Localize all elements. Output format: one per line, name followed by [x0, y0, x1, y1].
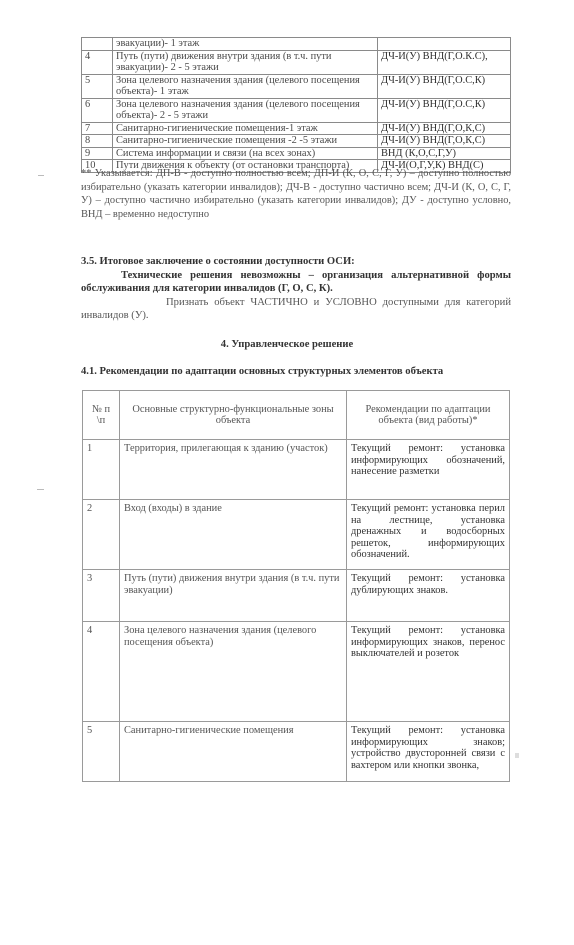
accessibility-status [378, 38, 511, 51]
accessibility-status: ДЧ-И(У) ВНД(Г,О,К,С) [378, 135, 511, 148]
row-number: 6 [82, 98, 113, 122]
accessibility-status-table: эвакуации)- 1 этаж4Путь (пути) движения … [81, 37, 511, 173]
scan-mark [37, 489, 44, 490]
table-row: 4Путь (пути) движения внутри здания (в т… [82, 50, 511, 74]
zone-name: Санитарно-гигиенические помещения -2 -5 … [113, 135, 378, 148]
table-row: 2Вход (входы) в зданиеТекущий ремонт: ус… [83, 500, 510, 570]
scan-mark [38, 175, 44, 176]
accessibility-status: ДЧ-И(У) ВНД(Г,О.С,К) [378, 98, 511, 122]
row-number [82, 38, 113, 51]
accessibility-status: ДЧ-И(У) ВНД(Г,О.К.С), [378, 50, 511, 74]
recommendation-text: Текущий ремонт: установка перил на лестн… [347, 500, 510, 570]
zone-name: Путь (пути) движения внутри здания (в т.… [113, 50, 378, 74]
row-number: 1 [83, 440, 120, 500]
section-4-heading: 4. Управленческое решение [0, 339, 574, 350]
table-row: 1Территория, прилегающая к зданию (участ… [83, 440, 510, 500]
zone-name: Территория, прилегающая к зданию (участо… [120, 440, 347, 500]
header-num: № п \п [83, 391, 120, 440]
zone-name: Зона целевого назначения здания (целевог… [113, 74, 378, 98]
table-header-row: № п \п Основные структурно-функциональны… [83, 391, 510, 440]
scan-mark [515, 753, 519, 758]
zone-name: эвакуации)- 1 этаж [113, 38, 378, 51]
row-number: 9 [82, 147, 113, 160]
zone-name: Зона целевого назначения здания (целевог… [113, 98, 378, 122]
zone-name: Санитарно-гигиенические помещения-1 этаж [113, 122, 378, 135]
accessibility-status: ДЧ-И(У) ВНД(Г,О,К,С) [378, 122, 511, 135]
accessibility-status: ДЧ-И(У) ВНД(Г,О.С,К) [378, 74, 511, 98]
zone-name: Система информации и связи (на всех зона… [113, 147, 378, 160]
footnote: ** Указывается: ДП-В - доступно полность… [81, 167, 511, 221]
header-recommendation: Рекомендации по адаптации объекта (вид р… [347, 391, 510, 440]
row-number: 2 [83, 500, 120, 570]
table-row: 9Система информации и связи (на всех зон… [82, 147, 511, 160]
table-row: 5Зона целевого назначения здания (целево… [82, 74, 511, 98]
recommendation-text: Текущий ремонт: установка информирующих … [347, 440, 510, 500]
table-row: эвакуации)- 1 этаж [82, 38, 511, 51]
zone-name: Зона целевого назначения здания (целевог… [120, 622, 347, 722]
row-number: 5 [83, 722, 120, 782]
row-number: 7 [82, 122, 113, 135]
row-number: 5 [82, 74, 113, 98]
table-row: 7Санитарно-гигиенические помещения-1 эта… [82, 122, 511, 135]
table-row: 8Санитарно-гигиенические помещения -2 -5… [82, 135, 511, 148]
zone-name: Путь (пути) движения внутри здания (в т.… [120, 570, 347, 622]
table-row: 3Путь (пути) движения внутри здания (в т… [83, 570, 510, 622]
recommendation-text: Текущий ремонт: установка информирующих … [347, 722, 510, 782]
zone-name: Вход (входы) в здание [120, 500, 347, 570]
row-number: 4 [83, 622, 120, 722]
header-zone: Основные структурно-функциональные зоны … [120, 391, 347, 440]
recommendation-text: Текущий ремонт: установка информирующих … [347, 622, 510, 722]
row-number: 3 [83, 570, 120, 622]
table-row: 4Зона целевого назначения здания (целево… [83, 622, 510, 722]
zone-name: Санитарно-гигиенические помещения [120, 722, 347, 782]
table-row: 6Зона целевого назначения здания (целево… [82, 98, 511, 122]
accessibility-status: ВНД (К,О,С,Г,У) [378, 147, 511, 160]
section-3-5-heading: 3.5. Итоговое заключение о состоянии дос… [81, 256, 355, 267]
conclusion-paragraph: Признать объект ЧАСТИЧНО и УСЛОВНО досту… [81, 296, 511, 322]
row-number: 4 [82, 50, 113, 74]
table-row: 5Санитарно-гигиенические помещенияТекущи… [83, 722, 510, 782]
conclusion-bold-paragraph: Технические решения невозможны – организ… [81, 269, 511, 295]
recommendation-text: Текущий ремонт: установка дублирующих зн… [347, 570, 510, 622]
recommendations-table: № п \п Основные структурно-функциональны… [82, 390, 510, 782]
row-number: 8 [82, 135, 113, 148]
section-4-1-heading: 4.1. Рекомендации по адаптации основных … [81, 366, 443, 377]
